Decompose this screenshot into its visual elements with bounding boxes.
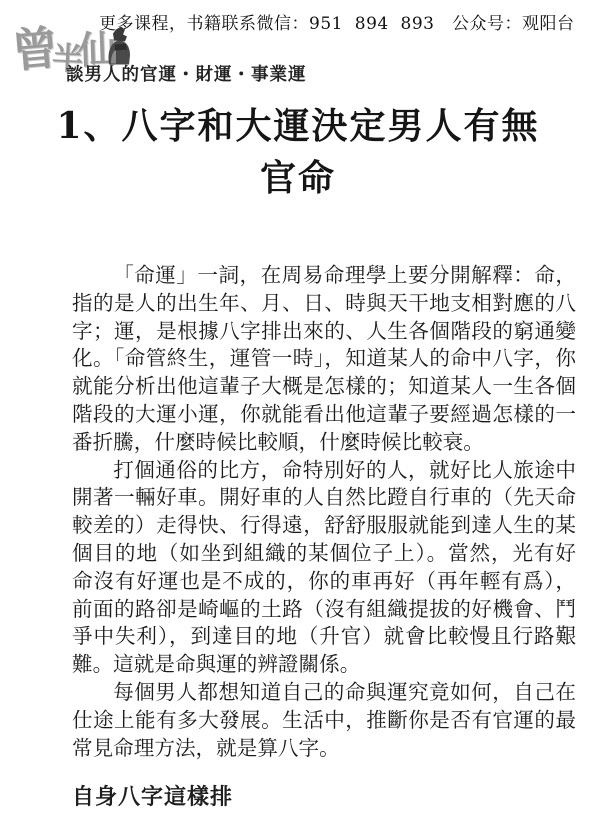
fortune-teller-figure-icon bbox=[101, 26, 135, 65]
brand-tagline: 談男人的官運・財運・事業運 bbox=[66, 61, 307, 86]
paragraph-3: 每個男人都想知道自己的命與運究竟如何，自己在仕途上能有多大發展。生活中，推斷你是… bbox=[72, 679, 576, 762]
page-title-line-2: 官命 bbox=[0, 152, 596, 204]
paragraph-1: 「命運」一詞，在周易命理學上要分開解釋：命，指的是人的出生年、月、日、時與天干地… bbox=[72, 262, 576, 457]
section-subheading: 自身八字這樣排 bbox=[72, 780, 233, 811]
header-contact-line: 更多课程，书籍联系微信：951 894 893 公众号：观阳台 bbox=[99, 9, 574, 34]
article-body: 「命運」一詞，在周易命理學上要分開解釋：命，指的是人的出生年、月、日、時與天干地… bbox=[72, 262, 576, 762]
page-title: 1、八字和大運決定男人有無 官命 bbox=[0, 100, 596, 204]
book-page: 更多课程，书籍联系微信：951 894 893 公众号：观阳台 曾 半 仙 談男… bbox=[0, 0, 596, 839]
page-title-line-1: 1、八字和大運決定男人有無 bbox=[0, 100, 596, 152]
paragraph-2: 打個通俗的比方，命特別好的人，就好比人旅途中開著一輛好車。開好車的人自然比蹬自行… bbox=[72, 457, 576, 679]
